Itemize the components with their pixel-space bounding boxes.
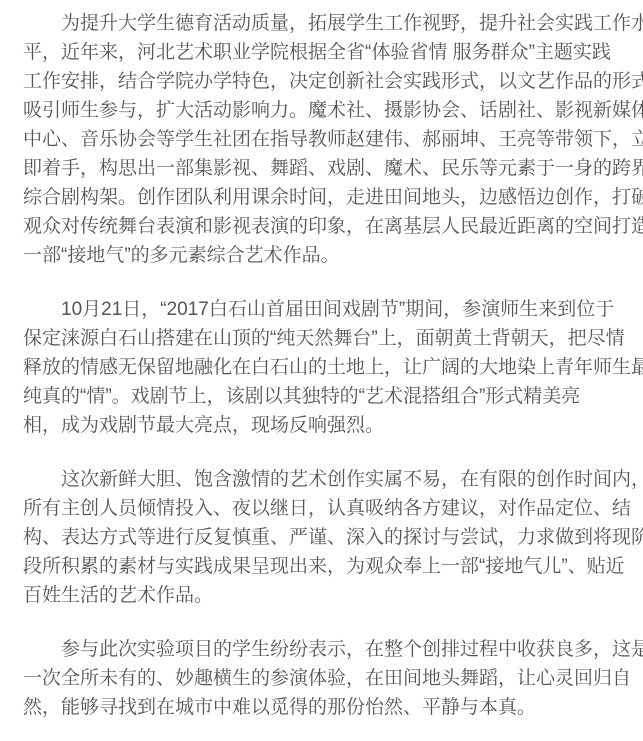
paragraph-3: 这次新鲜大胆、饱含激情的艺术创作实属不易，在有限的创作时间内， 所有主创人员倾情… [23, 465, 638, 610]
text-line: 纯真的“情”。戏剧节上，该剧以其独特的“艺术混搭组合”形式精美亮 [23, 382, 638, 411]
text-line: 保定涞源白石山搭建在山顶的“纯天然舞台”上，面朝黄土背朝天，把尽情 [23, 324, 638, 353]
text-line: 然，能够寻找到在城市中难以觅得的那份怡然、平静与本真。 [23, 693, 638, 722]
text-line: 参与此次实验项目的学生纷纷表示，在整个创排过程中收获良多，这是 [23, 635, 638, 664]
text-line: 工作安排，结合学院办学特色，决定创新社会实践形式，以文艺作品的形式 [23, 67, 638, 96]
text-line: 构、表达方式等进行反复慎重、严谨、深入的探讨与尝试，力求做到将现阶 [23, 523, 638, 552]
text-line: 段所积累的素材与实践成果呈现出来，为观众奉上一部“接地气儿”、贴近 [23, 552, 638, 581]
paragraph-1: 为提升大学生德育活动质量，拓展学生工作视野，提升社会实践工作水 平，近年来，河北… [23, 9, 638, 270]
text-line: 相，成为戏剧节最大亮点，现场反响强烈。 [23, 411, 638, 440]
text-line: 吸引师生参与，扩大活动影响力。魔术社、摄影协会、话剧社、影视新媒体 [23, 96, 638, 125]
text-line: 百姓生活的艺术作品。 [23, 581, 638, 610]
text-line: 一次全所未有的、妙趣横生的参演体验，在田间地头舞蹈，让心灵回归自 [23, 664, 638, 693]
text-line: 释放的情感无保留地融化在白石山的土地上，让广阔的大地染上青年师生最 [23, 353, 638, 382]
text-line: 综合剧构架。创作团队利用课余时间，走进田间地头，边感悟边创作，打破 [23, 183, 638, 212]
text-line: 为提升大学生德育活动质量，拓展学生工作视野，提升社会实践工作水 [23, 9, 638, 38]
text-line: 观众对传统舞台表演和影视表演的印象，在离基层人民最近距离的空间打造 [23, 212, 638, 241]
text-line: 这次新鲜大胆、饱含激情的艺术创作实属不易，在有限的创作时间内， [23, 465, 638, 494]
text-line: 中心、音乐协会等学生社团在指导教师赵建伟、郝丽坤、王亮等带领下，立 [23, 125, 638, 154]
text-line: 即着手，构思出一部集影视、舞蹈、戏剧、魔术、民乐等元素于一身的跨界 [23, 154, 638, 183]
text-line: 10月21日，“2017白石山首届田间戏剧节”期间，参演师生来到位于 [23, 295, 638, 324]
paragraph-2: 10月21日，“2017白石山首届田间戏剧节”期间，参演师生来到位于 保定涞源白… [23, 295, 638, 440]
paragraph-4: 参与此次实验项目的学生纷纷表示，在整个创排过程中收获良多，这是 一次全所未有的、… [23, 635, 638, 722]
text-line: 所有主创人员倾情投入、夜以继日，认真吸纳各方建议，对作品定位、结 [23, 494, 638, 523]
text-line: 平，近年来，河北艺术职业学院根据全省“体验省情 服务群众”主题实践 [23, 38, 638, 67]
text-line: 一部“接地气”的多元素综合艺术作品。 [23, 241, 638, 270]
article-page: 为提升大学生德育活动质量，拓展学生工作视野，提升社会实践工作水 平，近年来，河北… [0, 0, 643, 741]
